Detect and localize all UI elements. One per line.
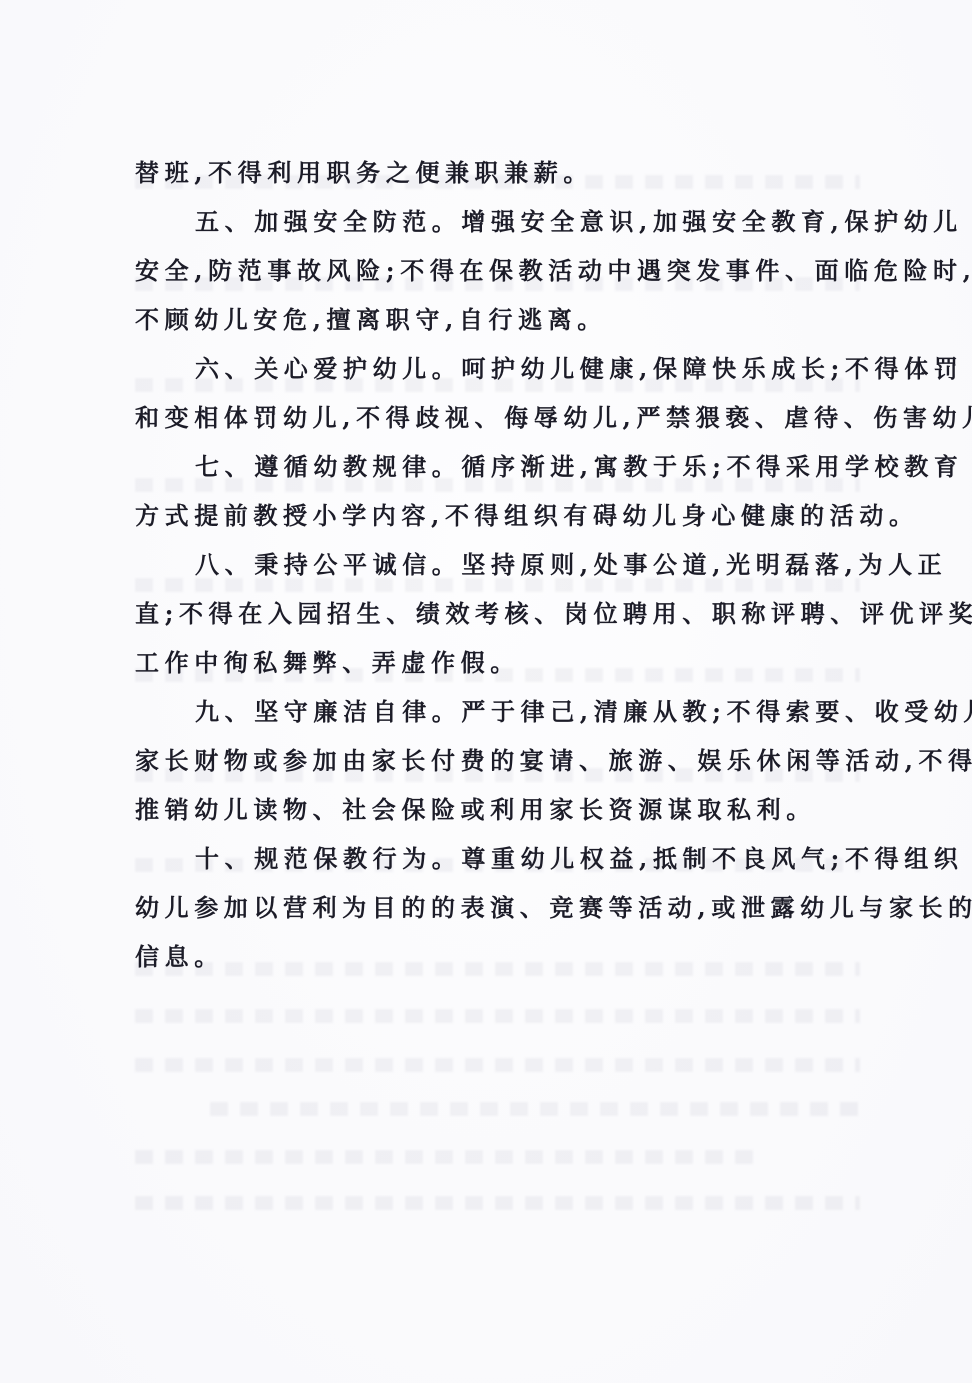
show-through-artifact [135, 1196, 860, 1210]
scanned-page: 替班,不得利用职务之便兼职兼薪。 五、加强安全防范。增强安全意识,加强安全教育,… [0, 0, 972, 1383]
text-line: 幼儿参加以营利为目的的表演、竞赛等活动,或泄露幼儿与家长的 [135, 883, 865, 932]
show-through-artifact [210, 1102, 860, 1116]
text-line: 和变相体罚幼儿,不得歧视、侮辱幼儿,严禁猥亵、虐待、伤害幼儿。 [135, 393, 865, 442]
show-through-artifact [135, 1058, 860, 1072]
text-line: 不顾幼儿安危,擅离职守,自行逃离。 [135, 295, 865, 344]
show-through-artifact [135, 1009, 860, 1023]
text-line: 六、关心爱护幼儿。呵护幼儿健康,保障快乐成长;不得体罚 [135, 344, 865, 393]
text-line: 推销幼儿读物、社会保险或利用家长资源谋取私利。 [135, 785, 865, 834]
text-line: 五、加强安全防范。增强安全意识,加强安全教育,保护幼儿 [135, 197, 865, 246]
paragraph-6-care: 六、关心爱护幼儿。呵护幼儿健康,保障快乐成长;不得体罚 和变相体罚幼儿,不得歧视… [135, 344, 865, 442]
document-body: 替班,不得利用职务之便兼职兼薪。 五、加强安全防范。增强安全意识,加强安全教育,… [135, 148, 865, 981]
text-line: 信息。 [135, 932, 865, 981]
text-line: 方式提前教授小学内容,不得组织有碍幼儿身心健康的活动。 [135, 491, 865, 540]
text-line: 替班,不得利用职务之便兼职兼薪。 [135, 148, 865, 197]
text-line: 九、坚守廉洁自律。严于律己,清廉从教;不得索要、收受幼儿 [135, 687, 865, 736]
paragraph-8-fairness: 八、秉持公平诚信。坚持原则,处事公道,光明磊落,为人正 直;不得在入园招生、绩效… [135, 540, 865, 687]
text-line: 直;不得在入园招生、绩效考核、岗位聘用、职称评聘、评优评奖等 [135, 589, 865, 638]
paragraph-9-integrity: 九、坚守廉洁自律。严于律己,清廉从教;不得索要、收受幼儿 家长财物或参加由家长付… [135, 687, 865, 834]
text-line: 工作中徇私舞弊、弄虚作假。 [135, 638, 865, 687]
text-line: 十、规范保教行为。尊重幼儿权益,抵制不良风气;不得组织 [135, 834, 865, 883]
paragraph-continuation: 替班,不得利用职务之便兼职兼薪。 [135, 148, 865, 197]
paragraph-5-safety: 五、加强安全防范。增强安全意识,加强安全教育,保护幼儿 安全,防范事故风险;不得… [135, 197, 865, 344]
text-line: 安全,防范事故风险;不得在保教活动中遇突发事件、面临危险时, [135, 246, 865, 295]
paragraph-7-education-rules: 七、遵循幼教规律。循序渐进,寓教于乐;不得采用学校教育 方式提前教授小学内容,不… [135, 442, 865, 540]
show-through-artifact [135, 1150, 755, 1164]
text-line: 家长财物或参加由家长付费的宴请、旅游、娱乐休闲等活动,不得 [135, 736, 865, 785]
text-line: 七、遵循幼教规律。循序渐进,寓教于乐;不得采用学校教育 [135, 442, 865, 491]
text-line: 八、秉持公平诚信。坚持原则,处事公道,光明磊落,为人正 [135, 540, 865, 589]
paragraph-10-conduct: 十、规范保教行为。尊重幼儿权益,抵制不良风气;不得组织 幼儿参加以营利为目的的表… [135, 834, 865, 981]
